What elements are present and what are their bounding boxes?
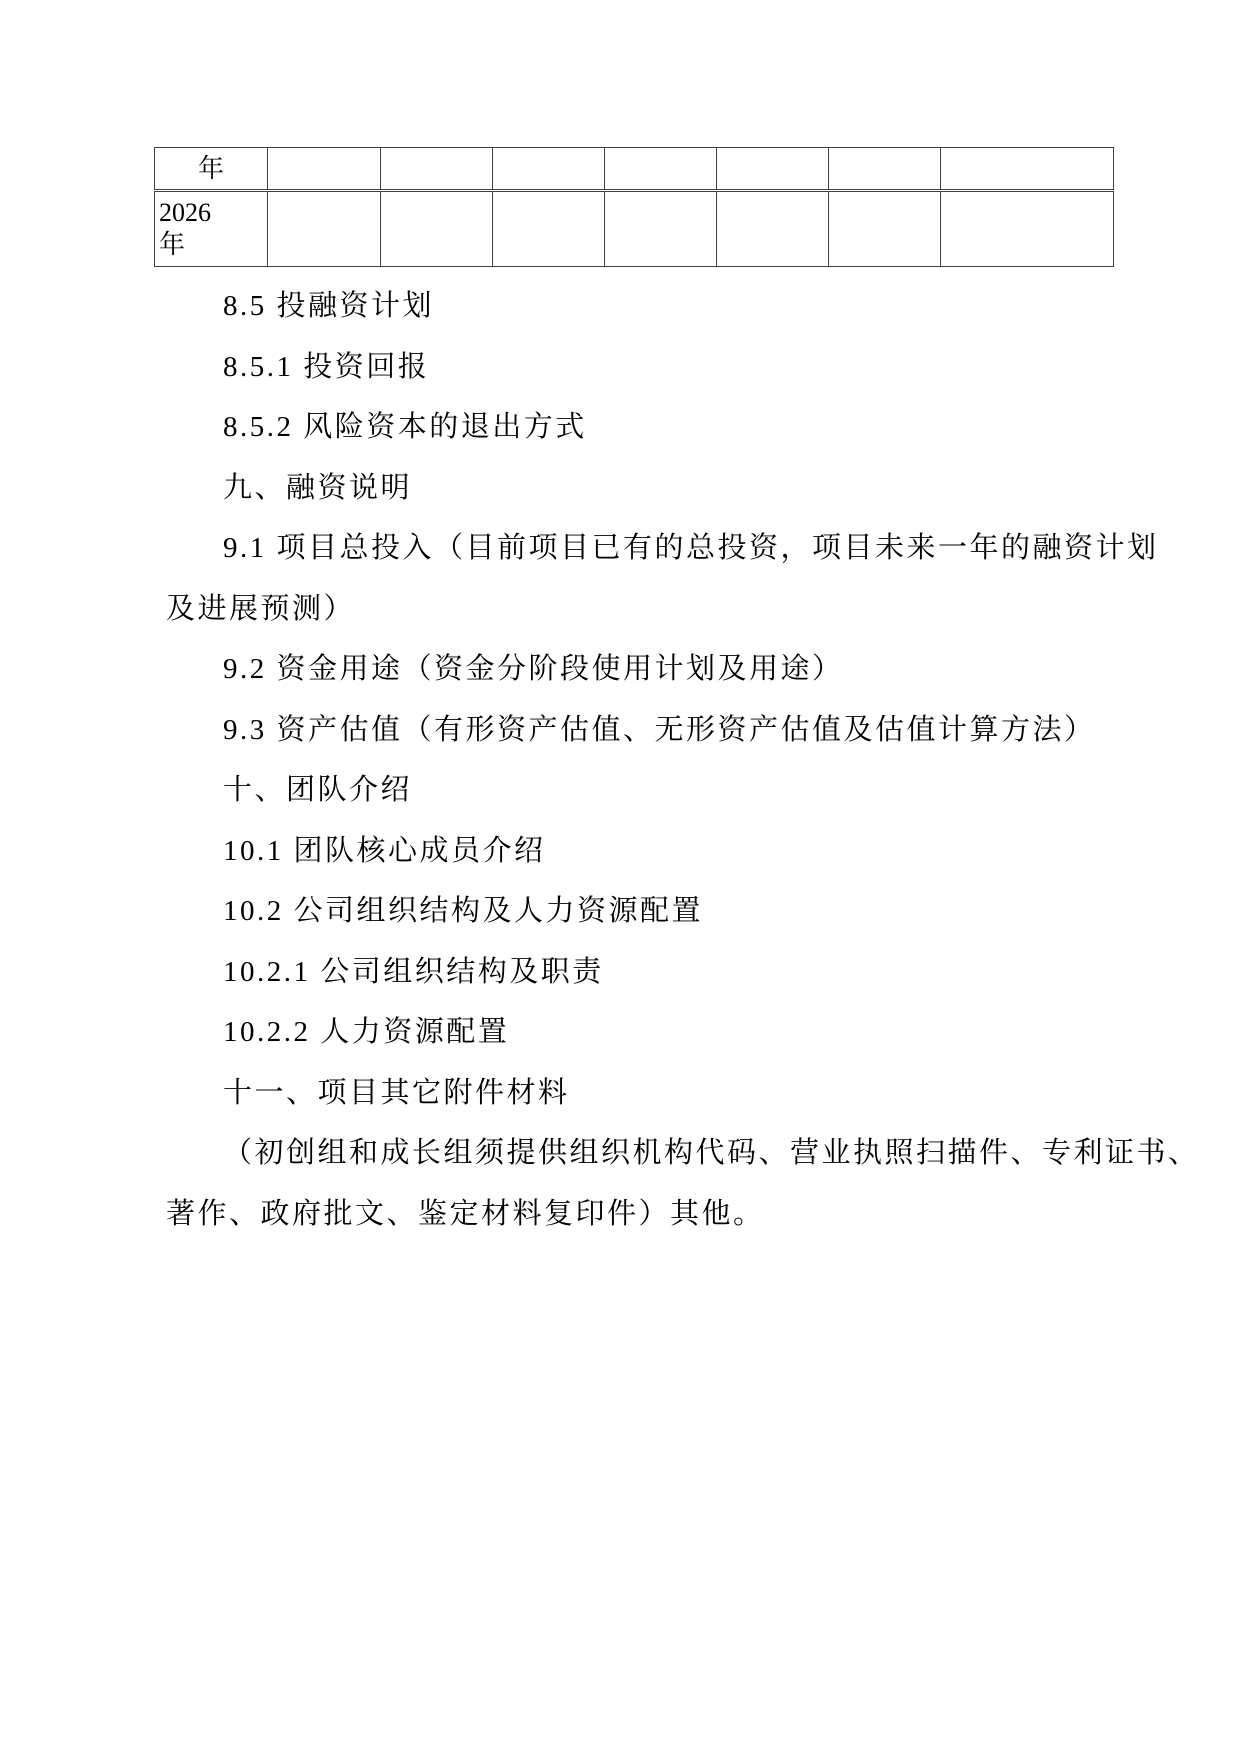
attachment-note-line-2: 著作、政府批文、鉴定材料复印件）其他。	[166, 1184, 1100, 1245]
table-cell	[829, 191, 941, 267]
outline-9-2: 9.2 资金用途（资金分阶段使用计划及用途）	[166, 639, 1100, 700]
outline-11: 十一、项目其它附件材料	[166, 1063, 1100, 1124]
table-row: 年	[155, 148, 1114, 191]
table-cell	[605, 148, 717, 191]
outline-9: 九、融资说明	[166, 458, 1100, 519]
attachment-note-line-1: （初创组和成长组须提供组织机构代码、营业执照扫描件、专利证书、	[166, 1123, 1100, 1184]
table-cell	[381, 148, 493, 191]
outline-9-3: 9.3 资产估值（有形资产估值、无形资产估值及估值计算方法）	[166, 700, 1100, 761]
outline-9-1-line-1: 9.1 项目总投入（目前项目已有的总投资，项目未来一年的融资计划	[166, 518, 1100, 579]
outline-9-1-line-2: 及进展预测）	[166, 579, 1100, 640]
table-cell	[381, 191, 493, 267]
table-cell	[493, 191, 605, 267]
table-cell	[605, 191, 717, 267]
table-cell	[717, 148, 829, 191]
document-page: 年 2026 年 8.5 投融资计划 8.5.1 投资回报 8.5.2 风险资本…	[0, 0, 1241, 1754]
year-label-cell: 年	[155, 148, 268, 191]
outline-10-2-2: 10.2.2 人力资源配置	[166, 1002, 1100, 1063]
outline-10: 十、团队介绍	[166, 760, 1100, 821]
outline-8-5: 8.5 投融资计划	[166, 276, 1100, 337]
outline-text-block: 8.5 投融资计划 8.5.1 投资回报 8.5.2 风险资本的退出方式 九、融…	[166, 276, 1100, 1244]
table-row: 2026 年	[155, 191, 1114, 267]
outline-8-5-1: 8.5.1 投资回报	[166, 337, 1100, 398]
outline-10-2-1: 10.2.1 公司组织结构及职责	[166, 942, 1100, 1003]
outline-8-5-2: 8.5.2 风险资本的退出方式	[166, 397, 1100, 458]
table-cell	[829, 148, 941, 191]
table-cell	[268, 148, 381, 191]
financial-projection-table: 年 2026 年	[154, 147, 1114, 267]
table-cell	[941, 191, 1114, 267]
table-cell	[268, 191, 381, 267]
outline-10-1: 10.1 团队核心成员介绍	[166, 821, 1100, 882]
year-2026-cell: 2026 年	[155, 191, 268, 267]
table-cell	[941, 148, 1114, 191]
table-cell	[717, 191, 829, 267]
outline-10-2: 10.2 公司组织结构及人力资源配置	[166, 881, 1100, 942]
table-cell	[493, 148, 605, 191]
